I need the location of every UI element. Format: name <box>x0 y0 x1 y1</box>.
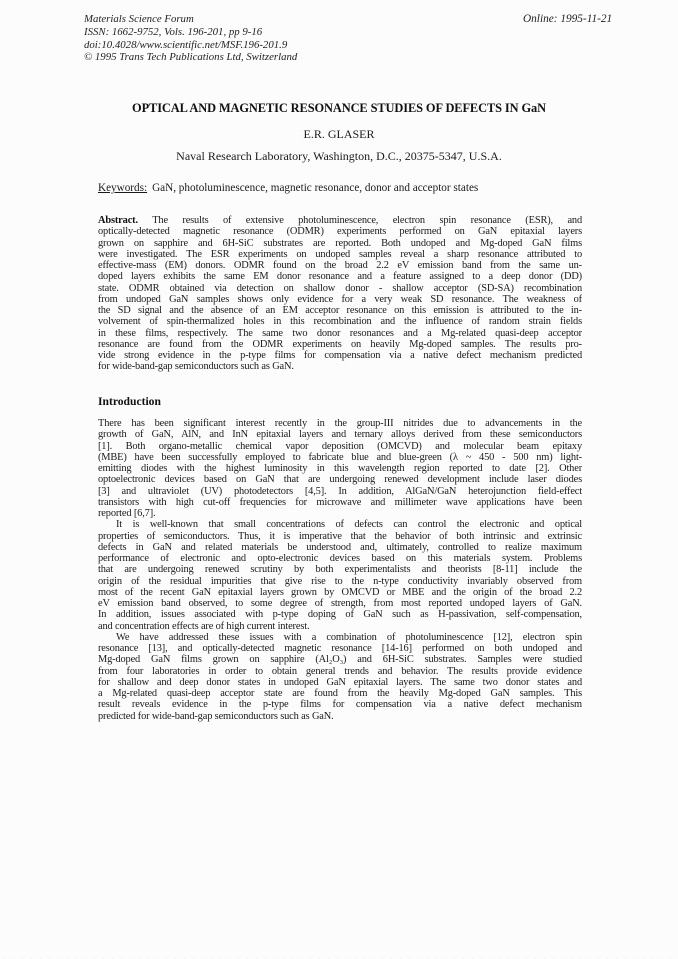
keywords-text: GaN, photoluminescence, magnetic resonan… <box>152 182 478 194</box>
text-line: defects in GaN and related materials be … <box>98 542 582 553</box>
abstract-first-line-text: The results of extensive photoluminescen… <box>152 215 582 226</box>
copyright-line: © 1995 Trans Tech Publications Ltd, Swit… <box>84 51 297 64</box>
text-line: volvement of spin-thermalized holes in t… <box>98 316 582 327</box>
abstract-lines: optically-detected magnetic resonance (O… <box>98 226 582 372</box>
text-line: predicted for wide-band-gap semiconducto… <box>98 711 582 722</box>
text-line: most of the recent GaN epitaxial layers … <box>98 587 582 598</box>
document-page: Materials Science Forum ISSN: 1662-9752,… <box>0 0 678 959</box>
text-line: In addition, issues associated with p-ty… <box>98 609 582 620</box>
text-line: Mg-doped GaN films grown on sapphire (Al… <box>98 654 582 665</box>
introduction-body: There has been significant interest rece… <box>98 418 582 722</box>
text-line: It is well-known that small concentratio… <box>98 519 582 530</box>
text-line: the SD signal and the absence of an EM a… <box>98 305 582 316</box>
text-line: doped layers exhibits the same EM donor … <box>98 271 582 282</box>
text-line: vide strong evidence in the p-type films… <box>98 350 582 361</box>
text-line: resonance are found from the ODMR experi… <box>98 339 582 350</box>
doi-line: doi:10.4028/www.scientific.net/MSF.196-2… <box>84 39 297 52</box>
text-line: [1]. Both organo-metallic chemical vapor… <box>98 441 582 452</box>
text-line: origin of the residual impurities that g… <box>98 576 582 587</box>
author-name: E.R. GLASER <box>90 127 588 142</box>
text-line: from undoped GaN samples shows only evid… <box>98 294 582 305</box>
text-line: from four laboratories in order to obtai… <box>98 666 582 677</box>
intro-paragraph-1: There has been significant interest rece… <box>98 418 582 519</box>
text-line: and concentration effects are of high cu… <box>98 621 582 632</box>
text-line: a Mg-related quasi-deep acceptor state a… <box>98 688 582 699</box>
paper-title: OPTICAL AND MAGNETIC RESONANCE STUDIES O… <box>90 101 588 116</box>
text-line: were investigated. The ESR experiments o… <box>98 249 582 260</box>
section-heading-introduction: Introduction <box>98 395 161 408</box>
text-line: grown on sapphire and 6H-SiC substrates … <box>98 238 582 249</box>
text-line: eV emission band observed, to some degre… <box>98 598 582 609</box>
text-line: properties of semiconductors. Thus, it i… <box>98 531 582 542</box>
text-line: that are undergoing renewed scrutiny by … <box>98 564 582 575</box>
text-line: resonance [13], and optically-detected m… <box>98 643 582 654</box>
text-line: in these films, respectively. The same t… <box>98 328 582 339</box>
online-date: Online: 1995-11-21 <box>523 13 612 25</box>
text-line: optically-detected magnetic resonance (O… <box>98 226 582 237</box>
abstract-label: Abstract. <box>98 215 138 226</box>
issn-line: ISSN: 1662-9752, Vols. 196-201, pp 9-16 <box>84 26 297 39</box>
intro-paragraph-2: It is well-known that small concentratio… <box>98 519 582 632</box>
journal-header: Materials Science Forum ISSN: 1662-9752,… <box>84 13 297 64</box>
text-line: performance of electronic and opto-elect… <box>98 553 582 564</box>
text-line: effective-mass (EM) donors. ODMR found o… <box>98 260 582 271</box>
text-line: [3] and ultraviolet (UV) photodetectors … <box>98 486 582 497</box>
text-line: (MBE) have been successfully employed to… <box>98 452 582 463</box>
journal-name: Materials Science Forum <box>84 13 297 26</box>
text-line: reported [6,7]. <box>98 508 582 519</box>
abstract: Abstract. The results of extensive photo… <box>98 215 582 373</box>
intro-paragraph-3: We have addressed these issues with a co… <box>98 632 582 722</box>
text-line: for shallow and deep donor states in und… <box>98 677 582 688</box>
text-line: optoelectronic devices based on GaN that… <box>98 474 582 485</box>
text-line: emitting diodes with the highest luminos… <box>98 463 582 474</box>
text-line: for wide-band-gap semiconductors such as… <box>98 361 582 372</box>
text-line: We have addressed these issues with a co… <box>98 632 582 643</box>
text-line: result reveals evidence in the p-type fi… <box>98 699 582 710</box>
text-line: There has been significant interest rece… <box>98 418 582 429</box>
text-line: growth of GaN, AlN, and InN epitaxial la… <box>98 429 582 440</box>
keywords-line: Keywords:GaN, photoluminescence, magneti… <box>98 182 582 194</box>
keywords-label: Keywords: <box>98 182 147 194</box>
abstract-first-line: Abstract. The results of extensive photo… <box>98 215 582 226</box>
affiliation: Naval Research Laboratory, Washington, D… <box>90 149 588 164</box>
text-line: transistors with high cut-off frequencie… <box>98 497 582 508</box>
text-line: state. ODMR obtained via detection on sh… <box>98 283 582 294</box>
